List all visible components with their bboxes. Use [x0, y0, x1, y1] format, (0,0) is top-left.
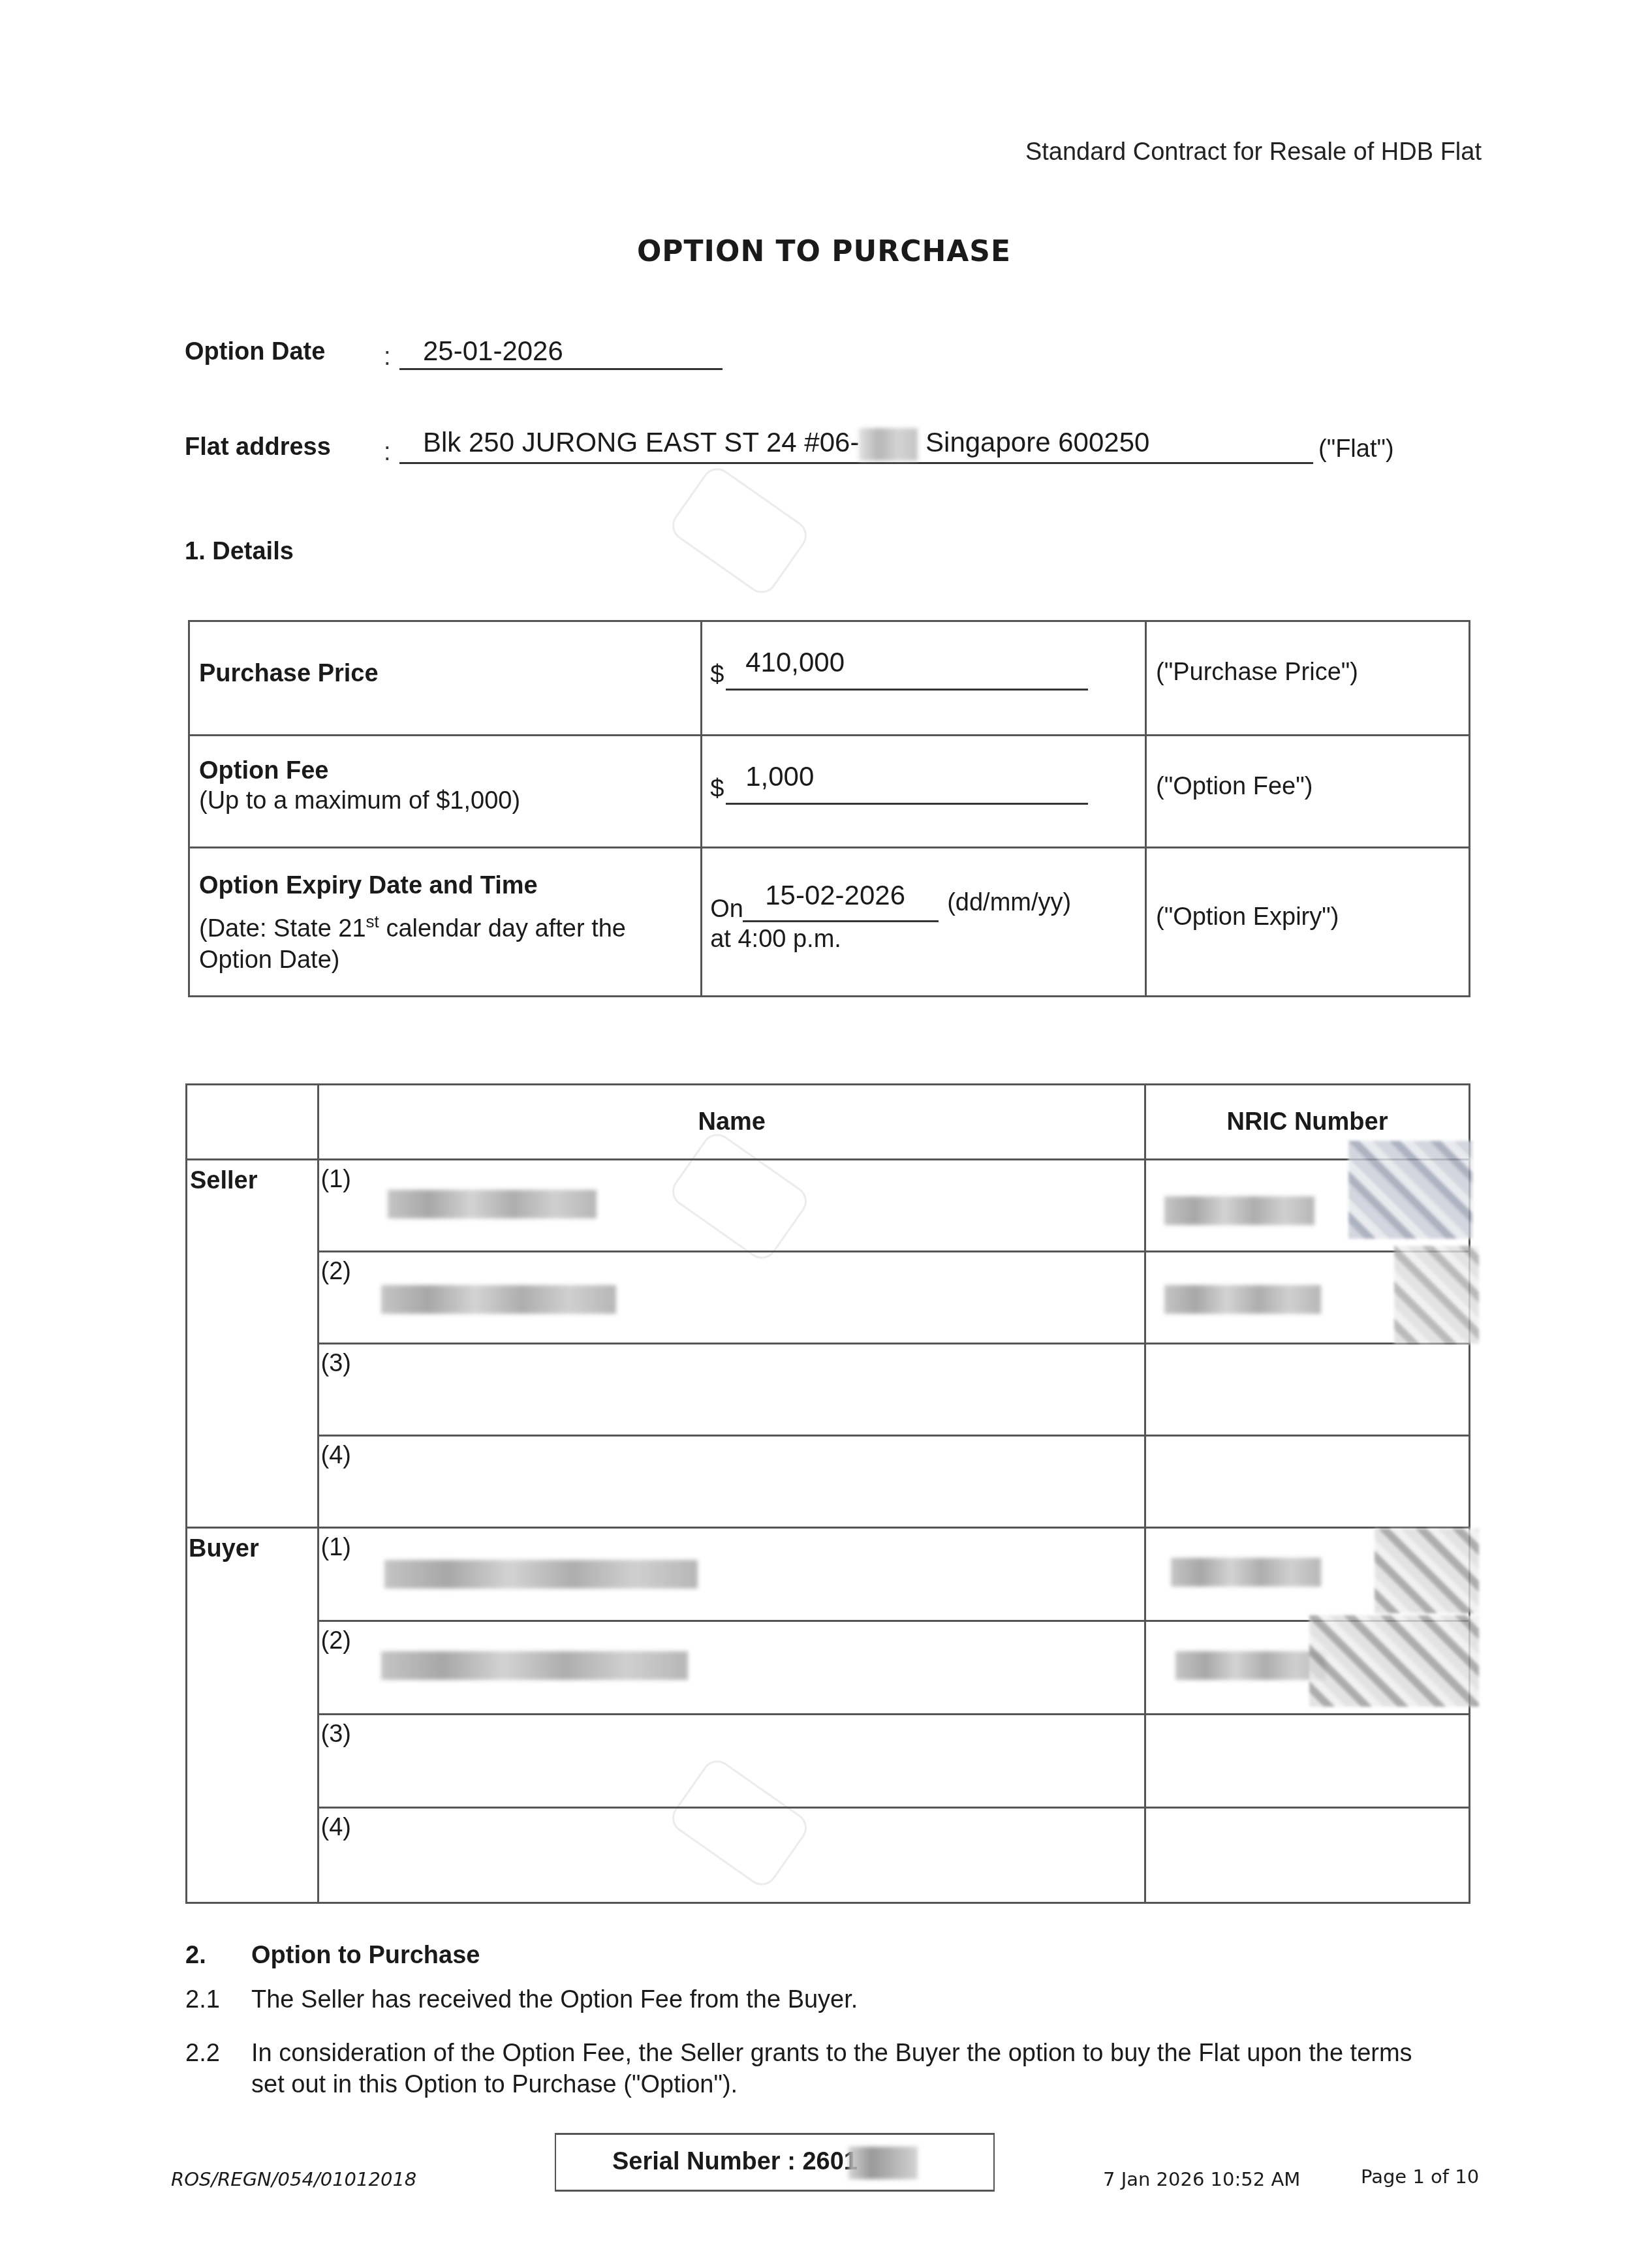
- seller-4-name-cell[interactable]: (4): [319, 1436, 1145, 1528]
- purchase-price-label: Purchase Price: [199, 660, 379, 688]
- purchase-price-input[interactable]: 410,000: [726, 645, 1088, 691]
- seller-2-nric-cell[interactable]: [1145, 1252, 1469, 1344]
- table-row-buyer-2: (2): [187, 1621, 1470, 1715]
- buyer-2-number: (2): [320, 1627, 350, 1655]
- details-heading: 1. Details: [185, 538, 294, 566]
- buyer-2-signature-redacted: [1309, 1615, 1479, 1707]
- flat-address-label: Flat address: [185, 433, 331, 461]
- option-date-field[interactable]: 25-01-2026: [399, 332, 723, 370]
- seller-2-signature-redacted: [1394, 1246, 1479, 1344]
- seller-label: Seller: [187, 1160, 317, 1195]
- option-expiry-sublabel-sup: st: [366, 912, 379, 931]
- option-expiry-date-value: 15-02-2026: [765, 880, 905, 911]
- buyer-2-nric-redacted: [1175, 1651, 1326, 1680]
- buyer-3-number: (3): [320, 1720, 350, 1748]
- seller-1-name-cell[interactable]: (1): [319, 1160, 1145, 1252]
- page-indicator: Page 1 of 10: [1361, 2166, 1479, 2188]
- table-row-seller-4: (4): [187, 1436, 1470, 1528]
- buyer-1-nric-cell[interactable]: [1145, 1528, 1469, 1621]
- option-expiry-date-input[interactable]: 15-02-2026: [743, 880, 939, 922]
- option-expiry-label-cell: Option Expiry Date and Time (Date: State…: [189, 848, 702, 997]
- seller-2-name-cell[interactable]: (2): [319, 1252, 1145, 1344]
- flat-address-colon: :: [384, 439, 391, 467]
- buyer-2-name-redacted: [381, 1651, 688, 1680]
- buyer-1-name-redacted: [384, 1560, 698, 1589]
- flat-address-field[interactable]: Blk 250 JURONG EAST ST 24 #06- Singapore…: [399, 423, 1313, 464]
- option-fee-value: 1,000: [745, 761, 814, 792]
- buyer-1-number: (1): [320, 1534, 350, 1562]
- table-row-buyer-3: (3): [187, 1715, 1470, 1808]
- option-expiry-label: Option Expiry Date and Time: [199, 872, 538, 900]
- buyer-3-nric-cell[interactable]: [1145, 1715, 1469, 1808]
- option-expiry-term-cell: ("Option Expiry"): [1146, 848, 1470, 997]
- buyer-1-nric-redacted: [1171, 1558, 1321, 1587]
- option-expiry-sublabel-pre: (Date: State 21: [199, 915, 366, 942]
- document-title: OPTION TO PURCHASE: [0, 235, 1648, 268]
- parties-table: Name NRIC Number Seller (1) (2) (3): [185, 1083, 1470, 1904]
- seller-1-nric-cell[interactable]: [1145, 1160, 1469, 1252]
- option-expiry-defined-term: ("Option Expiry"): [1156, 903, 1339, 931]
- table-row-purchase-price: Purchase Price $ 410,000 ("Purchase Pric…: [189, 621, 1470, 736]
- table-row-seller-3: (3): [187, 1344, 1470, 1436]
- details-table: Purchase Price $ 410,000 ("Purchase Pric…: [188, 620, 1470, 997]
- contract-reference: Standard Contract for Resale of HDB Flat: [1025, 138, 1482, 166]
- currency-symbol: $: [710, 775, 724, 803]
- seller-4-nric-cell[interactable]: [1145, 1436, 1469, 1528]
- seller-1-signature-redacted: [1348, 1141, 1472, 1239]
- option-date-value: 25-01-2026: [423, 335, 563, 367]
- clause-2-1-text: The Seller has received the Option Fee f…: [251, 1983, 858, 2017]
- option-date-colon: :: [384, 343, 391, 371]
- table-row-option-expiry: Option Expiry Date and Time (Date: State…: [189, 848, 1470, 997]
- option-fee-defined-term: ("Option Fee"): [1156, 773, 1313, 801]
- section-2-heading: Option to Purchase: [251, 1942, 480, 1970]
- option-fee-label: Option Fee: [199, 757, 328, 785]
- flat-address-postal: Singapore 600250: [925, 427, 1149, 458]
- serial-number-label: Serial Number : 2601: [612, 2148, 858, 2176]
- seller-1-number: (1): [320, 1166, 350, 1194]
- parties-header-blank: [187, 1085, 319, 1160]
- section-2-number: 2.: [185, 1942, 206, 1970]
- buyer-3-name-cell[interactable]: (3): [319, 1715, 1145, 1808]
- currency-symbol: $: [710, 661, 724, 689]
- clause-2-2-line2: set out in this Option to Purchase ("Opt…: [251, 2068, 738, 2102]
- option-expiry-value-cell[interactable]: On 15-02-2026 (dd/mm/yy) at 4:00 p.m.: [702, 848, 1146, 997]
- option-fee-label-cell: Option Fee (Up to a maximum of $1,000): [189, 736, 702, 848]
- buyer-1-signature-redacted: [1375, 1529, 1479, 1613]
- option-expiry-prefix: On: [710, 895, 743, 924]
- name-header-text: Name: [698, 1108, 766, 1136]
- seller-3-number: (3): [320, 1350, 350, 1378]
- clause-2-2-line1: In consideration of the Option Fee, the …: [251, 2036, 1412, 2070]
- name-column-header: Name: [319, 1085, 1145, 1160]
- buyer-4-nric-cell[interactable]: [1145, 1808, 1469, 1903]
- buyer-group-cell: Buyer: [187, 1528, 319, 1903]
- flat-address-block-street: Blk 250 JURONG EAST ST 24 #06-: [423, 427, 859, 458]
- purchase-price-term-cell: ("Purchase Price"): [1146, 621, 1470, 736]
- clause-2-1-number: 2.1: [185, 1983, 220, 2017]
- purchase-price-defined-term: ("Purchase Price"): [1156, 659, 1358, 687]
- form-code: ROS/REGN/054/01012018: [171, 2168, 416, 2190]
- table-row-option-fee: Option Fee (Up to a maximum of $1,000) $…: [189, 736, 1470, 848]
- nric-header-text: NRIC Number: [1226, 1108, 1388, 1136]
- purchase-price-value: 410,000: [745, 647, 845, 678]
- buyer-label: Buyer: [187, 1529, 317, 1563]
- purchase-price-value-cell[interactable]: $ 410,000: [702, 621, 1146, 736]
- option-expiry-time: at 4:00 p.m.: [710, 925, 841, 954]
- seller-1-name-redacted: [388, 1190, 597, 1219]
- seller-4-number: (4): [320, 1442, 350, 1470]
- option-date-label: Option Date: [185, 338, 325, 366]
- seller-group-cell: Seller: [187, 1160, 319, 1528]
- table-row-buyer-1: Buyer (1): [187, 1528, 1470, 1621]
- print-timestamp: 7 Jan 2026 10:52 AM: [1103, 2168, 1300, 2190]
- option-expiry-format-hint: (dd/mm/yy): [947, 889, 1071, 917]
- buyer-4-name-cell[interactable]: (4): [319, 1808, 1145, 1903]
- redacted-unit-number: [859, 428, 918, 461]
- seller-2-number: (2): [320, 1258, 350, 1286]
- table-row-seller-1: Seller (1): [187, 1160, 1470, 1252]
- option-fee-input[interactable]: 1,000: [726, 760, 1088, 805]
- buyer-2-nric-cell[interactable]: [1145, 1621, 1469, 1715]
- watermark-logo: [666, 462, 813, 599]
- seller-2-nric-redacted: [1164, 1285, 1321, 1314]
- flat-address-value: Blk 250 JURONG EAST ST 24 #06- Singapore…: [423, 427, 1149, 461]
- seller-3-name-cell[interactable]: (3): [319, 1344, 1145, 1436]
- option-fee-sublabel: (Up to a maximum of $1,000): [199, 787, 520, 815]
- seller-3-nric-cell[interactable]: [1145, 1344, 1469, 1436]
- seller-1-nric-redacted: [1164, 1196, 1314, 1225]
- parties-header-row: Name NRIC Number: [187, 1085, 1470, 1160]
- purchase-price-label-cell: Purchase Price: [189, 621, 702, 736]
- flat-defined-term: ("Flat"): [1318, 435, 1394, 463]
- table-row-buyer-4: (4): [187, 1808, 1470, 1903]
- table-row-seller-2: (2): [187, 1252, 1470, 1344]
- serial-number-box: Serial Number : 2601: [555, 2133, 995, 2192]
- option-fee-term-cell: ("Option Fee"): [1146, 736, 1470, 848]
- buyer-4-number: (4): [320, 1814, 350, 1842]
- buyer-2-name-cell[interactable]: (2): [319, 1621, 1145, 1715]
- option-expiry-sublabel: (Date: State 21st calendar day after the…: [199, 906, 682, 976]
- option-fee-value-cell[interactable]: $ 1,000: [702, 736, 1146, 848]
- buyer-1-name-cell[interactable]: (1): [319, 1528, 1145, 1621]
- seller-2-name-redacted: [381, 1285, 616, 1314]
- serial-number-redacted: [848, 2147, 918, 2179]
- clause-2-2-number: 2.2: [185, 2036, 220, 2070]
